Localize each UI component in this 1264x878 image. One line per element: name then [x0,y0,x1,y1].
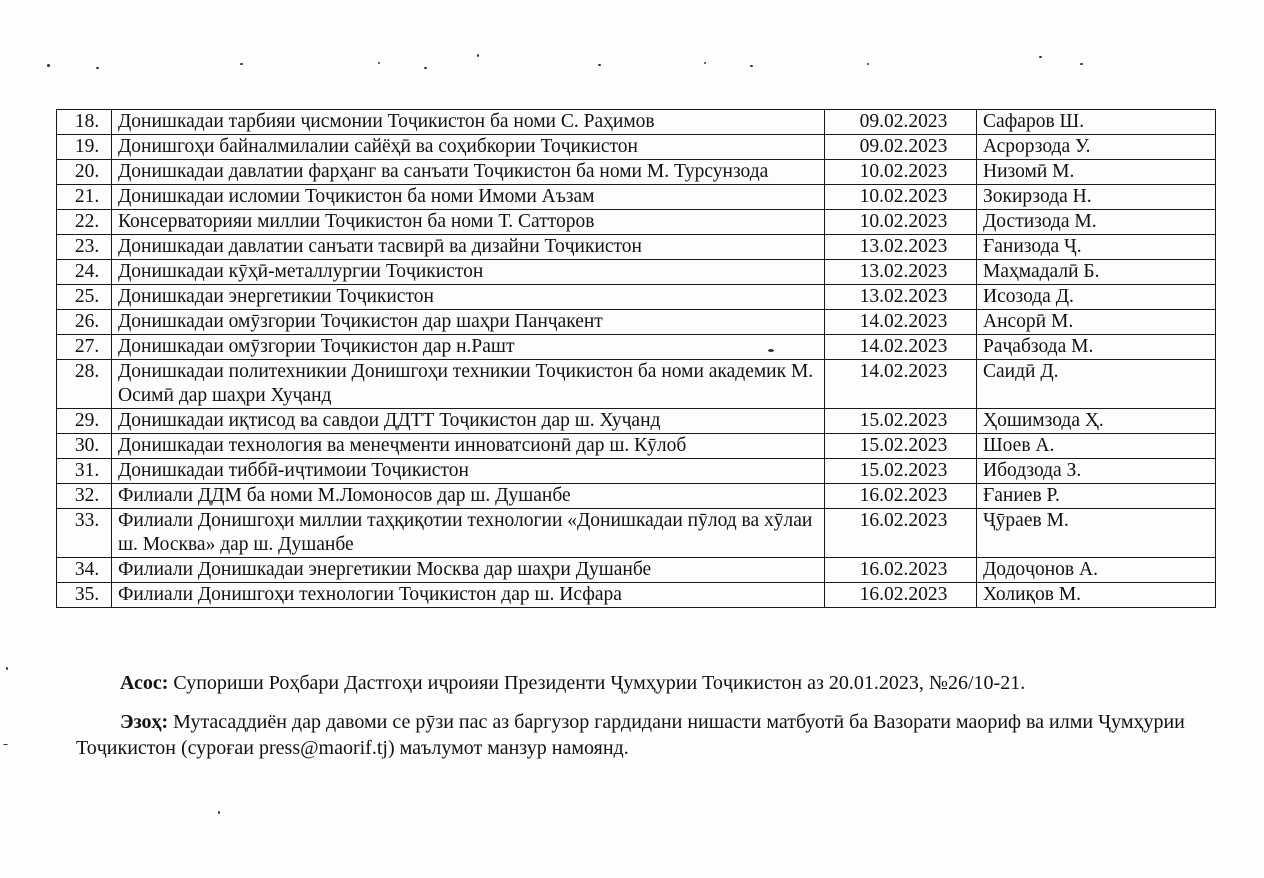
institution-name: Донишкадаи тарбияи ҷисмонии Тоҷикистон б… [112,110,825,135]
row-number: 25. [57,285,112,310]
scan-speck [218,811,220,814]
scan-speck [1080,63,1083,65]
note-text: Мутасаддиён дар давоми се рӯзи пас аз ба… [76,711,1185,759]
event-date: 15.02.2023 [825,459,977,484]
event-date: 14.02.2023 [825,360,977,409]
event-date: 13.02.2023 [825,285,977,310]
institution-name: Донишкадаи омӯзгории Тоҷикистон дар шаҳр… [112,310,825,335]
scan-speck [750,65,753,67]
basis-text: Супориши Роҳбари Дастгоҳи иҷроияи Презид… [168,672,1025,694]
responsible-person: Ибодзода З. [977,459,1216,484]
table-row: 28.Донишкадаи политехникии Донишгоҳи тех… [57,360,1216,409]
scan-speck [6,667,8,670]
scan-speck [47,64,50,67]
responsible-person: Сафаров Ш. [977,110,1216,135]
responsible-person: Маҳмадалӣ Б. [977,260,1216,285]
event-date: 14.02.2023 [825,310,977,335]
scan-speck [240,63,243,65]
row-number: 28. [57,360,112,409]
table-row: 34.Филиали Донишкадаи энергетикии Москва… [57,558,1216,583]
responsible-person: Достизода М. [977,210,1216,235]
institution-name: Филиали Донишгоҳи миллии таҳқиқотии техн… [112,509,825,558]
institution-name: Донишкадаи кӯҳӣ-металлургии Тоҷикистон [112,260,825,285]
note-paragraph: Эзоҳ: Мутасаддиён дар давоми се рӯзи пас… [76,709,1216,761]
event-date: 16.02.2023 [825,583,977,608]
event-date: 09.02.2023 [825,110,977,135]
scan-speck [424,67,427,69]
event-date: 15.02.2023 [825,409,977,434]
scan-speck [96,67,99,69]
table-row: 31.Донишкадаи тиббӣ-иҷтимоии Тоҷикистон1… [57,459,1216,484]
event-date: 10.02.2023 [825,210,977,235]
row-number: 21. [57,185,112,210]
responsible-person: Зокирзода Н. [977,185,1216,210]
table-row: 19.Донишгоҳи байналмилалии сайёҳӣ ва соҳ… [57,135,1216,160]
event-date: 10.02.2023 [825,160,977,185]
table-row: 32.Филиали ДДМ ба номи М.Ломоносов дар ш… [57,484,1216,509]
event-date: 13.02.2023 [825,260,977,285]
table-row: 22.Консерваторияи миллии Тоҷикистон ба н… [57,210,1216,235]
row-number: 27. [57,335,112,360]
responsible-person: Саидӣ Д. [977,360,1216,409]
event-date: 14.02.2023 [825,335,977,360]
institution-name: Филиали Донишкадаи энергетикии Москва да… [112,558,825,583]
row-number: 30. [57,434,112,459]
institution-name: Донишкадаи технология ва менеҷменти инно… [112,434,825,459]
responsible-person: Шоев А. [977,434,1216,459]
table-row: 26.Донишкадаи омӯзгории Тоҷикистон дар ш… [57,310,1216,335]
row-number: 20. [57,160,112,185]
institution-name: Донишкадаи энергетикии Тоҷикистон [112,285,825,310]
row-number: 18. [57,110,112,135]
responsible-person: Холиқов М. [977,583,1216,608]
responsible-person: Ҳошимзода Ҳ. [977,409,1216,434]
table-row: 21.Донишкадаи исломии Тоҷикистон ба номи… [57,185,1216,210]
institution-name: Донишкадаи исломии Тоҷикистон ба номи Им… [112,185,825,210]
responsible-person: Ғанизода Ҷ. [977,235,1216,260]
row-number: 31. [57,459,112,484]
row-number: 22. [57,210,112,235]
table-row: 18.Донишкадаи тарбияи ҷисмонии Тоҷикисто… [57,110,1216,135]
institution-name: Донишкадаи тиббӣ-иҷтимоии Тоҷикистон [112,459,825,484]
scan-speck [477,54,479,57]
institution-name: Консерваторияи миллии Тоҷикистон ба номи… [112,210,825,235]
row-number: 35. [57,583,112,608]
scan-speck [3,744,8,745]
responsible-person: Ҷӯраев М. [977,509,1216,558]
scan-speck [704,62,706,64]
table-row: 35.Филиали Донишгоҳи технологии Тоҷикист… [57,583,1216,608]
responsible-person: Асрорзода У. [977,135,1216,160]
institution-name: Филиали ДДМ ба номи М.Ломоносов дар ш. Д… [112,484,825,509]
row-number: 19. [57,135,112,160]
event-date: 15.02.2023 [825,434,977,459]
basis-label: Асос: [120,672,168,694]
document-page: 18.Донишкадаи тарбияи ҷисмонии Тоҷикисто… [0,0,1264,878]
row-number: 32. [57,484,112,509]
schedule-table-body: 18.Донишкадаи тарбияи ҷисмонии Тоҷикисто… [57,110,1216,608]
event-date: 16.02.2023 [825,509,977,558]
table-row: 27.Донишкадаи омӯзгории Тоҷикистон дар н… [57,335,1216,360]
row-number: 24. [57,260,112,285]
table-row: 29.Донишкадаи иқтисод ва савдои ДДТТ Тоҷ… [57,409,1216,434]
scan-speck [378,62,380,64]
event-date: 13.02.2023 [825,235,977,260]
table-row: 33.Филиали Донишгоҳи миллии таҳқиқотии т… [57,509,1216,558]
institution-name: Филиали Донишгоҳи технологии Тоҷикистон … [112,583,825,608]
responsible-person: Ғаниев Р. [977,484,1216,509]
responsible-person: Раҷабзода М. [977,335,1216,360]
scan-speck [598,64,601,66]
scan-speck [867,63,869,65]
institution-name: Донишгоҳи байналмилалии сайёҳӣ ва соҳибк… [112,135,825,160]
table-row: 25.Донишкадаи энергетикии Тоҷикистон13.0… [57,285,1216,310]
event-date: 09.02.2023 [825,135,977,160]
row-number: 26. [57,310,112,335]
institution-name: Донишкадаи политехникии Донишгоҳи техник… [112,360,825,409]
row-number: 33. [57,509,112,558]
note-label: Эзоҳ: [120,711,168,733]
row-number: 34. [57,558,112,583]
table-row: 23.Донишкадаи давлатии санъати тасвирӣ в… [57,235,1216,260]
basis-paragraph: Асос: Супориши Роҳбари Дастгоҳи иҷроияи … [120,670,1220,696]
scan-speck [1039,56,1042,58]
event-date: 10.02.2023 [825,185,977,210]
table-row: 20.Донишкадаи давлатии фарҳанг ва санъат… [57,160,1216,185]
institution-name: Донишкадаи иқтисод ва савдои ДДТТ Тоҷики… [112,409,825,434]
responsible-person: Додоҷонов А. [977,558,1216,583]
table-row: 30.Донишкадаи технология ва менеҷменти и… [57,434,1216,459]
responsible-person: Исозода Д. [977,285,1216,310]
institution-name: Донишкадаи омӯзгории Тоҷикистон дар н.Ра… [112,335,825,360]
responsible-person: Ансорӣ М. [977,310,1216,335]
row-number: 29. [57,409,112,434]
institution-name: Донишкадаи давлатии санъати тасвирӣ ва д… [112,235,825,260]
event-date: 16.02.2023 [825,484,977,509]
row-number: 23. [57,235,112,260]
responsible-person: Низомӣ М. [977,160,1216,185]
table-row: 24.Донишкадаи кӯҳӣ-металлургии Тоҷикисто… [57,260,1216,285]
event-date: 16.02.2023 [825,558,977,583]
institution-name: Донишкадаи давлатии фарҳанг ва санъати Т… [112,160,825,185]
schedule-table: 18.Донишкадаи тарбияи ҷисмонии Тоҷикисто… [56,109,1216,608]
